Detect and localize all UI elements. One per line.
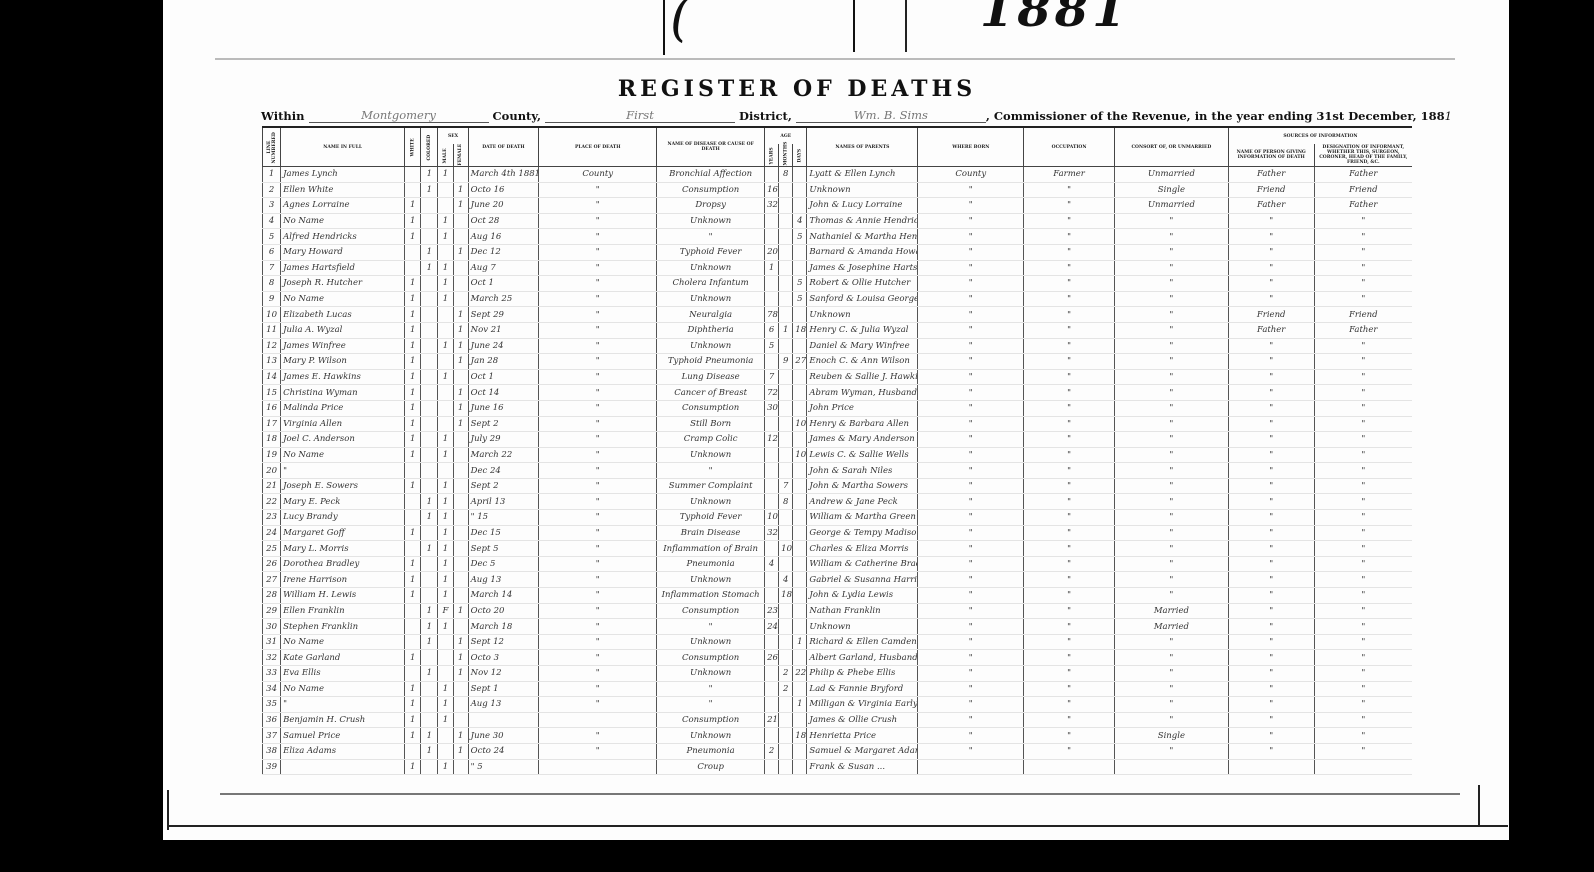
date-of-death: June 16: [468, 400, 539, 416]
place-of-death: ": [539, 743, 657, 759]
scan-edge-mark: [1478, 785, 1480, 825]
place-of-death: ": [539, 588, 657, 604]
informant-designation: Friend: [1314, 307, 1412, 323]
col-colored: Colored: [421, 128, 438, 167]
where-born: ": [918, 603, 1024, 619]
colored-mark: [421, 463, 438, 479]
place-of-death: ": [539, 728, 657, 744]
table-row: 6Mary Howard11Dec 12"Typhoid Fever20Barn…: [263, 244, 1413, 260]
parents-names: Unknown: [807, 619, 918, 635]
age-days: 22: [793, 666, 807, 682]
informant-designation: ": [1314, 229, 1412, 245]
informant-name: ": [1228, 369, 1314, 385]
occupation: [1024, 759, 1115, 775]
line-number: 16: [263, 400, 281, 416]
parents-names: John & Lucy Lorraine: [807, 198, 918, 214]
cause-of-death: Cancer of Breast: [657, 385, 765, 401]
cause-of-death: Croup: [657, 759, 765, 775]
place-of-death: ": [539, 213, 657, 229]
date-of-death: Aug 16: [468, 229, 539, 245]
where-born: County: [918, 167, 1024, 183]
age-years: [765, 229, 779, 245]
table-row: 20"Dec 24""John & Sarah Niles""""": [263, 463, 1413, 479]
consort-status: ": [1114, 634, 1228, 650]
parents-names: Frank & Susan ...: [807, 759, 918, 775]
occupation: ": [1024, 369, 1115, 385]
informant-designation: ": [1314, 369, 1412, 385]
col-months: Months: [779, 144, 793, 167]
name-in-full: Ellen White: [281, 182, 405, 198]
age-years: 7: [765, 369, 779, 385]
consort-status: ": [1114, 588, 1228, 604]
white-mark: [405, 494, 421, 510]
occupation: ": [1024, 541, 1115, 557]
male-mark: [438, 307, 453, 323]
where-born: ": [918, 400, 1024, 416]
date-of-death: June 20: [468, 198, 539, 214]
name-in-full: Margaret Goff: [281, 525, 405, 541]
female-mark: [453, 260, 468, 276]
informant-designation: ": [1314, 276, 1412, 292]
male-mark: 1: [438, 759, 453, 775]
date-of-death: " 15: [468, 510, 539, 526]
age-months: [779, 463, 793, 479]
age-days: 5: [793, 291, 807, 307]
female-mark: [453, 276, 468, 292]
female-mark: 1: [453, 634, 468, 650]
name-in-full: Mary P. Wilson: [281, 354, 405, 370]
consort-status: ": [1114, 541, 1228, 557]
name-in-full: Joseph R. Hutcher: [281, 276, 405, 292]
age-months: 18: [779, 588, 793, 604]
female-mark: [453, 510, 468, 526]
parents-names: John & Sarah Niles: [807, 463, 918, 479]
white-mark: 1: [405, 291, 421, 307]
age-months: 2: [779, 666, 793, 682]
age-days: [793, 494, 807, 510]
age-days: [793, 743, 807, 759]
female-mark: [453, 525, 468, 541]
female-mark: [453, 588, 468, 604]
where-born: ": [918, 650, 1024, 666]
informant-name: ": [1228, 681, 1314, 697]
age-years: 23: [765, 603, 779, 619]
age-months: [779, 743, 793, 759]
white-mark: 1: [405, 588, 421, 604]
informant-designation: ": [1314, 494, 1412, 510]
age-years: [765, 354, 779, 370]
female-mark: [453, 369, 468, 385]
place-of-death: [539, 712, 657, 728]
informant-name: ": [1228, 213, 1314, 229]
male-mark: 1: [438, 260, 453, 276]
age-months: [779, 369, 793, 385]
age-months: [779, 650, 793, 666]
table-row: 1James Lynch11March 4th 1881CountyBronch…: [263, 167, 1413, 183]
consort-status: ": [1114, 510, 1228, 526]
parents-names: Henry C. & Julia Wyzal: [807, 322, 918, 338]
consort-status: ": [1114, 432, 1228, 448]
line-number: 18: [263, 432, 281, 448]
line-number: 1: [263, 167, 281, 183]
parents-names: Lyatt & Ellen Lynch: [807, 167, 918, 183]
where-born: ": [918, 556, 1024, 572]
consort-status: ": [1114, 494, 1228, 510]
commissioner-field: Wm. B. Sims: [796, 108, 986, 123]
age-months: 9: [779, 354, 793, 370]
date-of-death: Dec 15: [468, 525, 539, 541]
place-of-death: ": [539, 182, 657, 198]
age-years: [765, 167, 779, 183]
consort-status: ": [1114, 743, 1228, 759]
informant-name: ": [1228, 416, 1314, 432]
male-mark: [438, 728, 453, 744]
name-in-full: James Winfree: [281, 338, 405, 354]
informant-name: Friend: [1228, 182, 1314, 198]
place-of-death: ": [539, 541, 657, 557]
where-born: ": [918, 619, 1024, 635]
col-born: Where born: [918, 128, 1024, 167]
cause-of-death: Unknown: [657, 728, 765, 744]
parents-names: Unknown: [807, 307, 918, 323]
name-in-full: Benjamin H. Crush: [281, 712, 405, 728]
age-months: [779, 229, 793, 245]
parents-names: James & Mary Anderson: [807, 432, 918, 448]
place-of-death: ": [539, 619, 657, 635]
male-mark: [438, 634, 453, 650]
white-mark: 1: [405, 369, 421, 385]
within-label: Within: [261, 109, 304, 123]
where-born: ": [918, 244, 1024, 260]
age-years: [765, 634, 779, 650]
age-days: [793, 572, 807, 588]
line-number: 14: [263, 369, 281, 385]
scan-bottom-edge: [168, 825, 1508, 827]
female-mark: 1: [453, 322, 468, 338]
female-mark: [453, 494, 468, 510]
age-months: [779, 447, 793, 463]
informant-designation: ": [1314, 416, 1412, 432]
colored-mark: [421, 276, 438, 292]
informant-designation: ": [1314, 525, 1412, 541]
place-of-death: ": [539, 494, 657, 510]
name-in-full: [281, 759, 405, 775]
colored-mark: [421, 213, 438, 229]
white-mark: 1: [405, 213, 421, 229]
date-of-death: March 18: [468, 619, 539, 635]
age-months: [779, 307, 793, 323]
white-mark: [405, 182, 421, 198]
age-years: 4: [765, 556, 779, 572]
consort-status: ": [1114, 556, 1228, 572]
informant-designation: ": [1314, 463, 1412, 479]
informant-designation: ": [1314, 666, 1412, 682]
col-days: Days: [793, 144, 807, 167]
where-born: ": [918, 354, 1024, 370]
table-row: 8Joseph R. Hutcher11Oct 1"Cholera Infant…: [263, 276, 1413, 292]
consort-status: Unmarried: [1114, 198, 1228, 214]
age-days: [793, 588, 807, 604]
table-row: 11Julia A. Wyzal11Nov 21"Diphtheria6118H…: [263, 322, 1413, 338]
age-days: 10: [793, 416, 807, 432]
occupation: ": [1024, 416, 1115, 432]
place-of-death: [539, 759, 657, 775]
name-in-full: Joel C. Anderson: [281, 432, 405, 448]
informant-designation: ": [1314, 291, 1412, 307]
age-years: [765, 213, 779, 229]
age-years: [765, 494, 779, 510]
table-row: 7James Hartsfield11Aug 7"Unknown1James &…: [263, 260, 1413, 276]
informant-designation: ": [1314, 400, 1412, 416]
white-mark: 1: [405, 432, 421, 448]
informant-name: ": [1228, 697, 1314, 713]
consort-status: ": [1114, 572, 1228, 588]
parents-names: Samuel & Margaret Adams: [807, 743, 918, 759]
where-born: ": [918, 322, 1024, 338]
informant-designation: ": [1314, 743, 1412, 759]
parents-names: Reuben & Sallie J. Hawkins: [807, 369, 918, 385]
date-of-death: March 22: [468, 447, 539, 463]
name-in-full: Christina Wyman: [281, 385, 405, 401]
age-months: [779, 276, 793, 292]
informant-designation: ": [1314, 432, 1412, 448]
name-in-full: Alfred Hendricks: [281, 229, 405, 245]
colored-mark: 1: [421, 494, 438, 510]
cause-of-death: Typhoid Fever: [657, 510, 765, 526]
table-row: 33Eva Ellis11Nov 12"Unknown222Philip & P…: [263, 666, 1413, 682]
place-of-death: County: [539, 167, 657, 183]
line-number: 26: [263, 556, 281, 572]
female-mark: 1: [453, 244, 468, 260]
name-in-full: No Name: [281, 291, 405, 307]
name-in-full: No Name: [281, 634, 405, 650]
where-born: ": [918, 478, 1024, 494]
age-days: [793, 400, 807, 416]
male-mark: [438, 416, 453, 432]
age-days: 10: [793, 447, 807, 463]
name-in-full: Dorothea Bradley: [281, 556, 405, 572]
age-days: [793, 759, 807, 775]
parents-names: Sanford & Louisa George: [807, 291, 918, 307]
white-mark: 1: [405, 556, 421, 572]
age-years: [765, 697, 779, 713]
white-mark: 1: [405, 525, 421, 541]
informant-name: ": [1228, 619, 1314, 635]
col-informant: Name of person giving information of dea…: [1228, 144, 1314, 167]
place-of-death: ": [539, 354, 657, 370]
female-mark: 1: [453, 666, 468, 682]
date-of-death: Octo 3: [468, 650, 539, 666]
where-born: ": [918, 588, 1024, 604]
name-in-full: Mary E. Peck: [281, 494, 405, 510]
age-days: [793, 260, 807, 276]
place-of-death: ": [539, 400, 657, 416]
parents-names: Gabriel & Susanna Harrison: [807, 572, 918, 588]
age-months: [779, 182, 793, 198]
col-white: White: [405, 128, 421, 167]
date-of-death: June 24: [468, 338, 539, 354]
age-days: [793, 712, 807, 728]
informant-name: ": [1228, 634, 1314, 650]
parents-names: Lewis C. & Sallie Wells: [807, 447, 918, 463]
consort-status: ": [1114, 213, 1228, 229]
occupation: ": [1024, 213, 1115, 229]
male-mark: [438, 463, 453, 479]
cause-of-death: Unknown: [657, 260, 765, 276]
col-place: Place of death: [539, 128, 657, 167]
where-born: ": [918, 634, 1024, 650]
white-mark: 1: [405, 307, 421, 323]
informant-designation: ": [1314, 697, 1412, 713]
cause-of-death: Consumption: [657, 603, 765, 619]
occupation: ": [1024, 432, 1115, 448]
parents-names: James & Josephine Hartsfield: [807, 260, 918, 276]
place-of-death: ": [539, 322, 657, 338]
informant-name: Father: [1228, 167, 1314, 183]
line-number: 27: [263, 572, 281, 588]
male-mark: [438, 198, 453, 214]
cause-of-death: Pneumonia: [657, 556, 765, 572]
place-of-death: ": [539, 369, 657, 385]
colored-mark: 1: [421, 541, 438, 557]
male-mark: 1: [438, 697, 453, 713]
occupation: ": [1024, 634, 1115, 650]
where-born: ": [918, 385, 1024, 401]
cause-of-death: Unknown: [657, 634, 765, 650]
where-born: ": [918, 198, 1024, 214]
table-row: 9No Name11March 25"Unknown5Sanford & Lou…: [263, 291, 1413, 307]
white-mark: 1: [405, 447, 421, 463]
parents-names: John & Martha Sowers: [807, 478, 918, 494]
cause-of-death: ": [657, 619, 765, 635]
male-mark: 1: [438, 588, 453, 604]
name-in-full: Elizabeth Lucas: [281, 307, 405, 323]
name-in-full: Ellen Franklin: [281, 603, 405, 619]
colored-mark: [421, 291, 438, 307]
parents-names: James & Ollie Crush: [807, 712, 918, 728]
colored-mark: [421, 307, 438, 323]
date-of-death: [468, 712, 539, 728]
occupation: ": [1024, 182, 1115, 198]
informant-name: Father: [1228, 198, 1314, 214]
age-days: 5: [793, 229, 807, 245]
informant-name: ": [1228, 276, 1314, 292]
date-of-death: Sept 1: [468, 681, 539, 697]
white-mark: 1: [405, 728, 421, 744]
occupation: ": [1024, 338, 1115, 354]
colored-mark: 1: [421, 666, 438, 682]
name-in-full: Eva Ellis: [281, 666, 405, 682]
colored-mark: [421, 400, 438, 416]
cause-of-death: ": [657, 697, 765, 713]
date-of-death: Sept 2: [468, 416, 539, 432]
place-of-death: ": [539, 634, 657, 650]
male-mark: [438, 385, 453, 401]
commissioner-text: , Commissioner of the Revenue, in the ye…: [986, 109, 1445, 123]
cause-of-death: Diphtheria: [657, 322, 765, 338]
male-mark: [438, 322, 453, 338]
col-parents: Names of parents: [807, 128, 918, 167]
parents-names: Robert & Ollie Hutcher: [807, 276, 918, 292]
where-born: ": [918, 369, 1024, 385]
colored-mark: [421, 478, 438, 494]
age-months: [779, 759, 793, 775]
name-in-full: Lucy Brandy: [281, 510, 405, 526]
age-years: 1: [765, 260, 779, 276]
occupation: ": [1024, 260, 1115, 276]
colored-mark: [421, 712, 438, 728]
date-of-death: June 30: [468, 728, 539, 744]
age-days: [793, 478, 807, 494]
white-mark: [405, 167, 421, 183]
age-years: [765, 666, 779, 682]
age-years: [765, 447, 779, 463]
colored-mark: [421, 385, 438, 401]
name-in-full: Eliza Adams: [281, 743, 405, 759]
female-mark: [453, 432, 468, 448]
age-days: [793, 463, 807, 479]
colored-mark: 1: [421, 619, 438, 635]
age-days: [793, 369, 807, 385]
age-days: [793, 541, 807, 557]
date-of-death: Oct 1: [468, 276, 539, 292]
date-of-death: Dec 24: [468, 463, 539, 479]
year-suffix: 1: [1445, 109, 1452, 123]
male-mark: 1: [438, 447, 453, 463]
line-number: 11: [263, 322, 281, 338]
line-number: 9: [263, 291, 281, 307]
consort-status: Unmarried: [1114, 167, 1228, 183]
colored-mark: [421, 556, 438, 572]
female-mark: [453, 712, 468, 728]
occupation: ": [1024, 307, 1115, 323]
informant-designation: ": [1314, 213, 1412, 229]
table-row: 17Virginia Allen11Sept 2"Still Born10Hen…: [263, 416, 1413, 432]
age-months: 8: [779, 167, 793, 183]
county-field: Montgomery: [309, 108, 489, 123]
age-months: [779, 260, 793, 276]
white-mark: [405, 619, 421, 635]
cause-of-death: Still Born: [657, 416, 765, 432]
consort-status: ": [1114, 338, 1228, 354]
white-mark: [405, 463, 421, 479]
informant-designation: ": [1314, 338, 1412, 354]
where-born: ": [918, 260, 1024, 276]
name-in-full: Kate Garland: [281, 650, 405, 666]
table-row: 37Samuel Price111June 30"Unknown18Henrie…: [263, 728, 1413, 744]
informant-name: ": [1228, 728, 1314, 744]
table-row: 28William H. Lewis11March 14"Inflammatio…: [263, 588, 1413, 604]
line-number: 19: [263, 447, 281, 463]
table-row: 32Kate Garland11Octo 3"Consumption26Albe…: [263, 650, 1413, 666]
line-number: 5: [263, 229, 281, 245]
age-months: [779, 619, 793, 635]
frame-bottom-rule: [220, 793, 1460, 795]
age-months: [779, 416, 793, 432]
cause-of-death: Consumption: [657, 400, 765, 416]
informant-designation: ": [1314, 728, 1412, 744]
age-years: [765, 681, 779, 697]
line-number: 6: [263, 244, 281, 260]
parents-names: Andrew & Jane Peck: [807, 494, 918, 510]
date-of-death: Aug 13: [468, 572, 539, 588]
informant-name: ": [1228, 572, 1314, 588]
place-of-death: ": [539, 447, 657, 463]
age-days: 18: [793, 322, 807, 338]
col-sex: Sex: [438, 128, 468, 144]
line-number: 29: [263, 603, 281, 619]
male-mark: [438, 666, 453, 682]
